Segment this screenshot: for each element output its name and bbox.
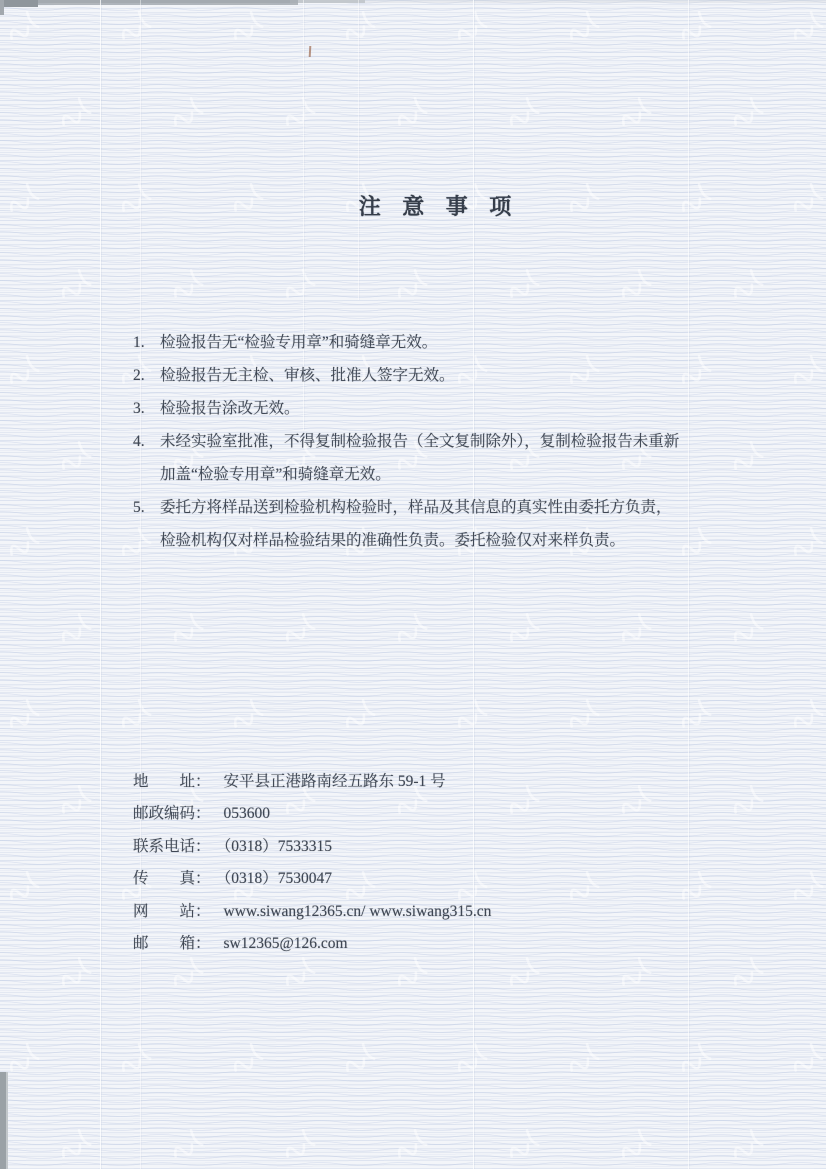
note-number: 2. xyxy=(133,359,160,392)
note-item-4: 4. 未经实验室批准，不得复制检验报告（全文复制除外），复制检验报告未重新 加盖… xyxy=(133,425,758,491)
contact-value: sw12365@126.com xyxy=(224,935,348,952)
contact-value: 053600 xyxy=(224,805,271,822)
note-text: 检验报告涂改无效。 xyxy=(160,392,300,425)
contact-label: 地 址： xyxy=(133,773,211,790)
note-number: 5. xyxy=(133,491,160,524)
contact-row-address: 地 址：安平县正港路南经五路东 59-1 号 xyxy=(133,766,491,798)
note-number: 3. xyxy=(133,392,160,425)
contact-row-phone: 联系电话：（0318）7533315 xyxy=(133,831,491,863)
contact-block: 地 址：安平县正港路南经五路东 59-1 号 邮政编码：053600 联系电话：… xyxy=(133,766,491,960)
contact-value: www.siwang12365.cn/ www.siwang315.cn xyxy=(224,903,492,920)
scanned-report-back-page: 注 意 事 项 1. 检验报告无“检验专用章”和骑缝章无效。 2. 检验报告无主… xyxy=(0,0,826,1169)
contact-label: 邮政编码： xyxy=(133,805,211,822)
contact-row-website: 网 站：www.siwang12365.cn/ www.siwang315.cn xyxy=(133,896,491,928)
note-item-1: 1. 检验报告无“检验专用章”和骑缝章无效。 xyxy=(133,326,758,359)
note-number: 4. xyxy=(133,425,160,458)
contact-label: 邮 箱： xyxy=(133,935,211,952)
note-item-3: 3. 检验报告涂改无效。 xyxy=(133,392,758,425)
notes-list: 1. 检验报告无“检验专用章”和骑缝章无效。 2. 检验报告无主检、审核、批准人… xyxy=(133,326,758,557)
contact-label: 传 真： xyxy=(133,870,211,887)
contact-row-fax: 传 真：（0318）7530047 xyxy=(133,863,491,895)
note-item-2: 2. 检验报告无主检、审核、批准人签字无效。 xyxy=(133,359,758,392)
contact-label: 网 站： xyxy=(133,903,211,920)
note-text: 检验报告无“检验专用章”和骑缝章无效。 xyxy=(160,326,437,359)
contact-label: 联系电话： xyxy=(133,838,211,855)
note-text: 未经实验室批准，不得复制检验报告（全文复制除外），复制检验报告未重新 加盖“检验… xyxy=(160,425,679,491)
contact-value: 安平县正港路南经五路东 59-1 号 xyxy=(224,773,446,790)
note-text: 委托方将样品送到检验机构检验时，样品及其信息的真实性由委托方负责， 检验机构仅对… xyxy=(160,491,672,557)
contact-value: （0318）7530047 xyxy=(224,870,333,887)
note-text: 检验报告无主检、审核、批准人签字无效。 xyxy=(160,359,455,392)
contact-value: （0318）7533315 xyxy=(224,838,333,855)
contact-row-postcode: 邮政编码：053600 xyxy=(133,798,491,830)
note-number: 1. xyxy=(133,326,160,359)
contact-row-email: 邮 箱：sw12365@126.com xyxy=(133,928,491,960)
note-item-5: 5. 委托方将样品送到检验机构检验时，样品及其信息的真实性由委托方负责， 检验机… xyxy=(133,491,758,557)
security-watermark-pattern xyxy=(0,0,826,1169)
page-title: 注 意 事 项 xyxy=(0,190,826,221)
